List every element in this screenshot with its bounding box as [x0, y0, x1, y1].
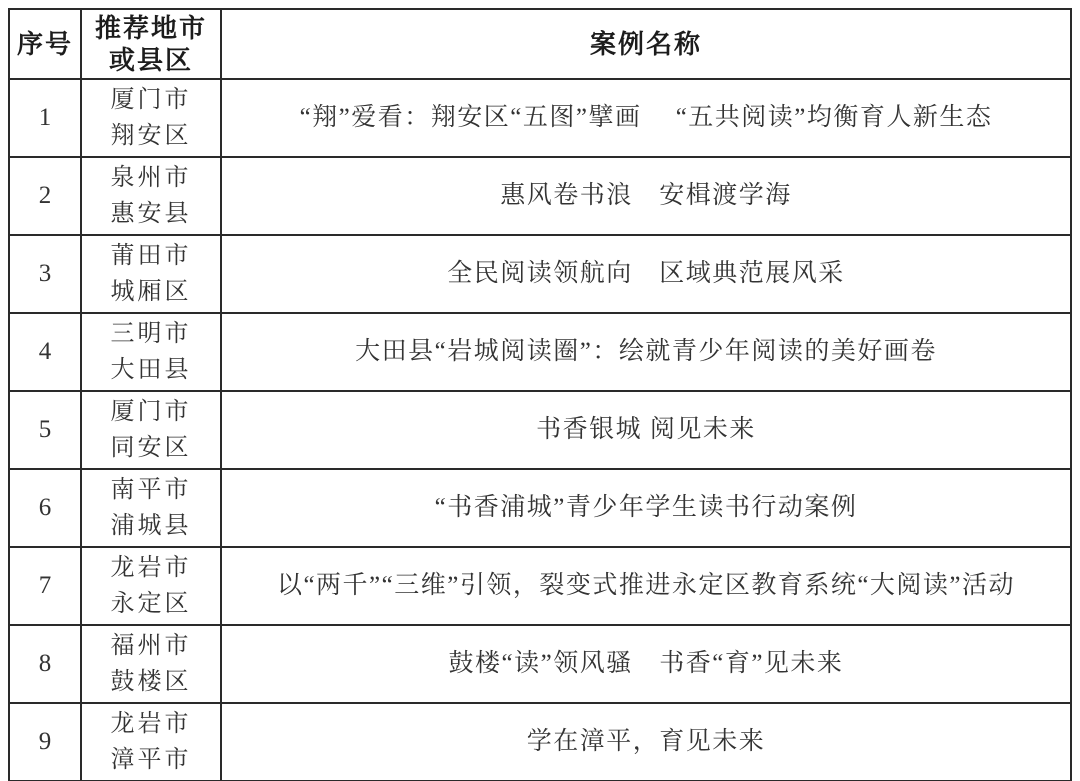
row-region-district: 惠安县: [88, 196, 214, 232]
row-index: 6: [9, 469, 81, 547]
row-region-district: 漳平市: [88, 742, 214, 778]
row-region-city: 莆田市: [88, 238, 214, 274]
row-region-district: 永定区: [88, 586, 214, 622]
row-region-city: 三明市: [88, 316, 214, 352]
row-index: 7: [9, 547, 81, 625]
row-region-city: 泉州市: [88, 160, 214, 196]
document-page: 序号 推荐地市 或县区 案例名称 1 厦门市 翔安区 “翔”爱看：翔安区“五图”…: [0, 0, 1080, 781]
row-index: 8: [9, 625, 81, 703]
row-region-district: 同安区: [88, 430, 214, 466]
row-case-name: 大田县“岩城阅读圈”：绘就青少年阅读的美好画卷: [221, 313, 1071, 391]
table-row: 7 龙岩市 永定区 以“两千”“三维”引领，裂变式推进永定区教育系统“大阅读”活…: [9, 547, 1071, 625]
row-index: 5: [9, 391, 81, 469]
row-region: 厦门市 翔安区: [81, 79, 221, 157]
row-region-city: 厦门市: [88, 82, 214, 118]
row-region-city: 龙岩市: [88, 706, 214, 742]
row-region-district: 翔安区: [88, 118, 214, 154]
table-body: 序号 推荐地市 或县区 案例名称 1 厦门市 翔安区 “翔”爱看：翔安区“五图”…: [9, 9, 1071, 781]
table-row: 3 莆田市 城厢区 全民阅读领航向 区域典范展风采: [9, 235, 1071, 313]
row-region-city: 龙岩市: [88, 550, 214, 586]
row-region: 泉州市 惠安县: [81, 157, 221, 235]
row-index: 2: [9, 157, 81, 235]
table-row: 8 福州市 鼓楼区 鼓楼“读”领风骚 书香“育”见未来: [9, 625, 1071, 703]
table-row: 6 南平市 浦城县 “书香浦城”青少年学生读书行动案例: [9, 469, 1071, 547]
row-case-name: 以“两千”“三维”引领，裂变式推进永定区教育系统“大阅读”活动: [221, 547, 1071, 625]
row-index: 4: [9, 313, 81, 391]
row-region: 南平市 浦城县: [81, 469, 221, 547]
row-region-city: 福州市: [88, 628, 214, 664]
row-region-city: 南平市: [88, 472, 214, 508]
header-case-name: 案例名称: [221, 9, 1071, 79]
reading-cases-table: 序号 推荐地市 或县区 案例名称 1 厦门市 翔安区 “翔”爱看：翔安区“五图”…: [8, 8, 1072, 781]
table-row: 2 泉州市 惠安县 惠风卷书浪 安楫渡学海: [9, 157, 1071, 235]
row-case-name: 书香银城 阅见未来: [221, 391, 1071, 469]
row-region: 三明市 大田县: [81, 313, 221, 391]
row-case-name: 学在漳平，育见未来: [221, 703, 1071, 781]
row-region-district: 浦城县: [88, 508, 214, 544]
header-region-line1: 推荐地市: [88, 12, 214, 44]
row-case-name: 鼓楼“读”领风骚 书香“育”见未来: [221, 625, 1071, 703]
row-region: 龙岩市 永定区: [81, 547, 221, 625]
row-index: 1: [9, 79, 81, 157]
row-index: 9: [9, 703, 81, 781]
header-region: 推荐地市 或县区: [81, 9, 221, 79]
row-region: 龙岩市 漳平市: [81, 703, 221, 781]
row-case-name: 全民阅读领航向 区域典范展风采: [221, 235, 1071, 313]
row-case-name: “书香浦城”青少年学生读书行动案例: [221, 469, 1071, 547]
row-region-district: 大田县: [88, 352, 214, 388]
table-row: 4 三明市 大田县 大田县“岩城阅读圈”：绘就青少年阅读的美好画卷: [9, 313, 1071, 391]
row-region-district: 鼓楼区: [88, 664, 214, 700]
table-row: 9 龙岩市 漳平市 学在漳平，育见未来: [9, 703, 1071, 781]
row-case-name: “翔”爱看：翔安区“五图”擘画 “五共阅读”均衡育人新生态: [221, 79, 1071, 157]
row-region: 莆田市 城厢区: [81, 235, 221, 313]
table-row: 5 厦门市 同安区 书香银城 阅见未来: [9, 391, 1071, 469]
row-case-name: 惠风卷书浪 安楫渡学海: [221, 157, 1071, 235]
row-region: 厦门市 同安区: [81, 391, 221, 469]
table-row: 1 厦门市 翔安区 “翔”爱看：翔安区“五图”擘画 “五共阅读”均衡育人新生态: [9, 79, 1071, 157]
row-region: 福州市 鼓楼区: [81, 625, 221, 703]
row-index: 3: [9, 235, 81, 313]
table-header-row: 序号 推荐地市 或县区 案例名称: [9, 9, 1071, 79]
header-index: 序号: [9, 9, 81, 79]
row-region-district: 城厢区: [88, 274, 214, 310]
header-region-line2: 或县区: [88, 44, 214, 76]
row-region-city: 厦门市: [88, 394, 214, 430]
